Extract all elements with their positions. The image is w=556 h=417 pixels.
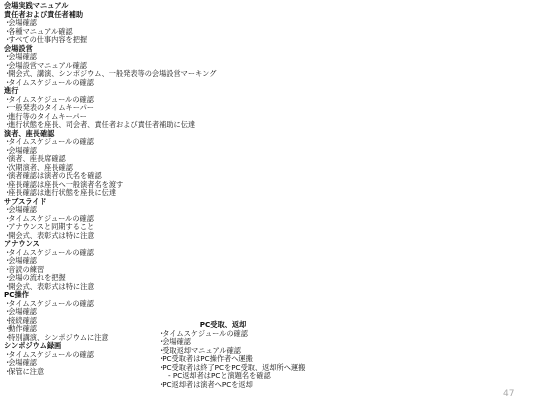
page-number: 47 [503,389,514,399]
pc-handling-list: タイムスケジュールの確認会場確認受取返却マニュアル確認PC受取者はPC操作者へ運… [158,330,305,390]
left-column: 会場実践マニュアル 責任者および責任者補助会場確認各種マニュアル確認すべての仕事… [4,2,216,376]
list-item: PC返却者は演者へPCを返却 [158,381,305,390]
list-item: タイムスケジュールの確認 [4,79,216,88]
list-item: すべての仕事内容を把握 [4,36,216,45]
list-item: 開会式、表彰式は特に注意 [4,283,216,292]
right-column: PC受取、返却 タイムスケジュールの確認会場確認受取返却マニュアル確認PC受取者… [158,321,305,389]
